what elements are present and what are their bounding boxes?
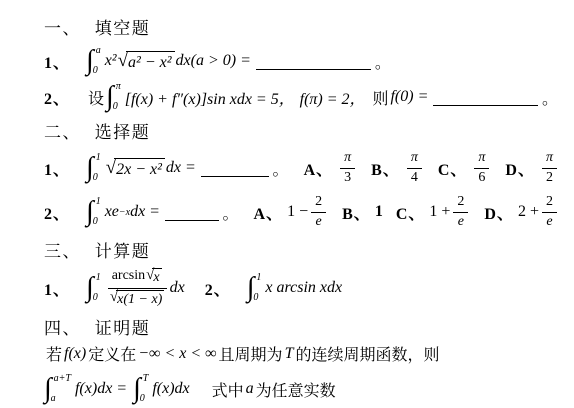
integral: ∫ 1 0 bbox=[247, 273, 264, 303]
option-c: C、 π 6 bbox=[438, 150, 493, 185]
problem-number: 1、 bbox=[44, 50, 70, 73]
radicand: x bbox=[152, 268, 161, 286]
answer-blank bbox=[201, 159, 269, 177]
fraction-denominator: √ x(1 − x) bbox=[109, 289, 165, 308]
fraction-denominator: 6 bbox=[478, 169, 485, 186]
option-letter: A、 bbox=[254, 201, 284, 224]
fraction: π 3 bbox=[340, 150, 355, 185]
domain-notation: −∞ < x < ∞ bbox=[138, 345, 216, 363]
text: 的连续周期函数，则 bbox=[295, 342, 439, 365]
integral: ∫ 1 0 bbox=[86, 273, 103, 303]
period: 。 bbox=[542, 86, 558, 109]
problem-number: 2、 bbox=[44, 86, 70, 109]
integral-upper-bound: a+T bbox=[51, 374, 71, 384]
option-d: D、 π 2 bbox=[505, 150, 560, 185]
problem-2-1: 1、 ∫ 1 0 √ 2x − x² dx = 。 A、 π 3 B、 π 4 bbox=[44, 146, 560, 190]
option-letter: D、 bbox=[505, 157, 535, 180]
text: 且周期为 bbox=[219, 342, 283, 365]
proof-statement: 若 f(x) 定义在 −∞ < x < ∞ 且周期为 T 的连续周期函数，则 bbox=[44, 340, 560, 367]
fraction-denominator: e bbox=[316, 213, 322, 230]
fraction-numerator: 2 bbox=[311, 194, 326, 212]
integral: ∫ T 0 bbox=[133, 374, 150, 404]
answer-blank bbox=[433, 88, 538, 106]
option-b: B、 1 bbox=[342, 201, 383, 224]
integral: ∫ π 0 bbox=[106, 82, 123, 112]
fraction-numerator: 2 bbox=[542, 194, 557, 212]
radicand: a² − x² bbox=[126, 51, 175, 72]
text: 为任意实数 bbox=[256, 378, 336, 401]
problem-3-row: 1、 ∫ 1 0 arcsin √ x √ x(1 − x) bbox=[44, 264, 560, 312]
then-text: 则 bbox=[372, 86, 388, 109]
intro-text: 设 bbox=[88, 86, 104, 109]
fraction-denominator: 4 bbox=[411, 169, 418, 186]
integral: ∫ 1 0 bbox=[86, 153, 103, 183]
integral: ∫ a+T a bbox=[44, 374, 73, 404]
integrand-suffix: dx = bbox=[166, 159, 196, 177]
problem-1-2: 2、 设 ∫ π 0 [f(x) + f″(x)]sin xdx = 5， f(… bbox=[44, 80, 560, 114]
square-root: √ x bbox=[146, 268, 161, 286]
integral-lower-bound: 0 bbox=[93, 217, 101, 227]
fraction-denominator: 3 bbox=[344, 169, 351, 186]
right-side: f(x)dx bbox=[152, 380, 189, 398]
integral-upper-bound: 1 bbox=[253, 273, 261, 283]
integral-upper-bound: a bbox=[93, 46, 101, 56]
option-letter: C、 bbox=[438, 157, 468, 180]
fraction: π 6 bbox=[474, 150, 489, 185]
fraction-numerator: π bbox=[340, 150, 355, 168]
fraction-numerator: arcsin √ x bbox=[108, 268, 167, 288]
integrand-suffix: dx = bbox=[130, 203, 160, 221]
integral-lower-bound: 0 bbox=[253, 293, 261, 303]
expression: [f(x) + f″(x)]sin xdx = 5， bbox=[125, 86, 295, 109]
option-letter: B、 bbox=[371, 157, 400, 180]
integral: ∫ a 0 bbox=[86, 46, 103, 76]
problem-1-1: 1、 ∫ a 0 x² √ a² − x² dx(a > 0) = 。 bbox=[44, 42, 560, 80]
integral-bounds: 1 0 bbox=[93, 153, 101, 183]
option-value: 2 + bbox=[518, 203, 539, 221]
radicand: x(1 − x) bbox=[116, 290, 164, 308]
integral-upper-bound: T bbox=[140, 374, 149, 384]
problem-number: 2、 bbox=[205, 277, 231, 300]
integral-bounds: a+T a bbox=[51, 374, 71, 404]
section-two-title: 二、 选择题 bbox=[44, 114, 560, 146]
fraction: 2 e bbox=[453, 194, 468, 229]
integral-lower-bound: 0 bbox=[140, 394, 149, 404]
section-one-title: 一、 填空题 bbox=[44, 10, 560, 42]
integrand-prefix: x² bbox=[105, 52, 117, 70]
square-root: √ x(1 − x) bbox=[110, 290, 164, 308]
integral-bounds: 1 0 bbox=[93, 273, 101, 303]
arcsin-function: arcsin bbox=[112, 268, 145, 284]
period: 。 bbox=[273, 157, 289, 180]
integral-lower-bound: 0 bbox=[93, 293, 101, 303]
integral-lower-bound: a bbox=[51, 394, 71, 404]
fraction: π 4 bbox=[407, 150, 422, 185]
left-side: f(x)dx = bbox=[75, 380, 127, 398]
integral-upper-bound: 1 bbox=[93, 153, 101, 163]
exam-document: 一、 填空题 1、 ∫ a 0 x² √ a² − x² dx(a > 0) =… bbox=[0, 0, 574, 408]
option-c: C、 1 + 2 e bbox=[396, 194, 472, 229]
integral-upper-bound: 1 bbox=[93, 197, 101, 207]
integral-bounds: T 0 bbox=[140, 374, 149, 404]
answer-blank bbox=[165, 203, 219, 221]
problem-2-2: 2、 ∫ 1 0 xe−xdx = 。 A、 1 − 2 e B、 1 C、 1… bbox=[44, 190, 560, 234]
fraction: 2 e bbox=[542, 194, 557, 229]
fraction: 2 e bbox=[311, 194, 326, 229]
section-four-title: 四、 证明题 bbox=[44, 312, 560, 340]
function-notation: f(x) bbox=[64, 345, 86, 363]
option-d: D、 2 + 2 e bbox=[484, 194, 560, 229]
integral-lower-bound: 0 bbox=[93, 173, 101, 183]
option-b: B、 π 4 bbox=[371, 150, 425, 185]
option-a: A、 1 − 2 e bbox=[254, 194, 330, 229]
proof-equation: ∫ a+T a f(x)dx = ∫ T 0 f(x)dx 式中 a 为任意实数 bbox=[44, 367, 560, 408]
fraction-numerator: π bbox=[474, 150, 489, 168]
problem-number: 2、 bbox=[44, 201, 70, 224]
text: 式中 bbox=[212, 378, 244, 401]
exponent: −x bbox=[119, 207, 130, 218]
option-letter: B、 bbox=[342, 201, 371, 224]
integral-bounds: 1 0 bbox=[93, 197, 101, 227]
differential: dx bbox=[170, 279, 185, 297]
answer-blank bbox=[256, 52, 371, 70]
integral-lower-bound: 0 bbox=[113, 102, 121, 112]
period: 。 bbox=[375, 50, 391, 73]
integral-upper-bound: π bbox=[113, 82, 121, 92]
option-value: 1 + bbox=[429, 203, 450, 221]
fraction-denominator: 2 bbox=[546, 169, 553, 186]
integral-bounds: a 0 bbox=[93, 46, 101, 76]
fraction-numerator: 2 bbox=[453, 194, 468, 212]
integral-bounds: 1 0 bbox=[253, 273, 261, 303]
fraction-numerator: π bbox=[407, 150, 422, 168]
text: 定义在 bbox=[88, 342, 136, 365]
text: 若 bbox=[46, 342, 62, 365]
variable-a: a bbox=[246, 380, 254, 398]
option-letter: C、 bbox=[396, 201, 426, 224]
condition: f(π) = 2， bbox=[300, 86, 366, 109]
problem-number: 1、 bbox=[44, 157, 70, 180]
integrand-base: xe bbox=[105, 203, 119, 221]
option-value: 1 bbox=[375, 203, 383, 221]
integral-lower-bound: 0 bbox=[93, 66, 101, 76]
square-root: √ a² − x² bbox=[118, 51, 175, 72]
square-root: √ 2x − x² bbox=[106, 158, 165, 179]
target-expression: f(0) = bbox=[390, 88, 428, 106]
option-a: A、 π 3 bbox=[304, 150, 359, 185]
section-three-title: 三、 计算题 bbox=[44, 234, 560, 264]
period: 。 bbox=[223, 201, 239, 224]
integrand-suffix: dx(a > 0) = bbox=[176, 52, 251, 70]
integral: ∫ 1 0 bbox=[86, 197, 103, 227]
fraction-denominator: e bbox=[458, 213, 464, 230]
fraction-numerator: π bbox=[542, 150, 557, 168]
fraction: π 2 bbox=[542, 150, 557, 185]
radicand: 2x − x² bbox=[114, 158, 165, 179]
option-letter: A、 bbox=[304, 157, 334, 180]
fraction-denominator: e bbox=[546, 213, 552, 230]
integrand: x arcsin xdx bbox=[265, 279, 342, 297]
period-variable: T bbox=[285, 345, 294, 363]
integral-upper-bound: 1 bbox=[93, 273, 101, 283]
option-letter: D、 bbox=[484, 201, 514, 224]
option-value: 1 − bbox=[287, 203, 308, 221]
fraction: arcsin √ x √ x(1 − x) bbox=[108, 268, 167, 307]
integral-bounds: π 0 bbox=[113, 82, 121, 112]
problem-number: 1、 bbox=[44, 277, 70, 300]
